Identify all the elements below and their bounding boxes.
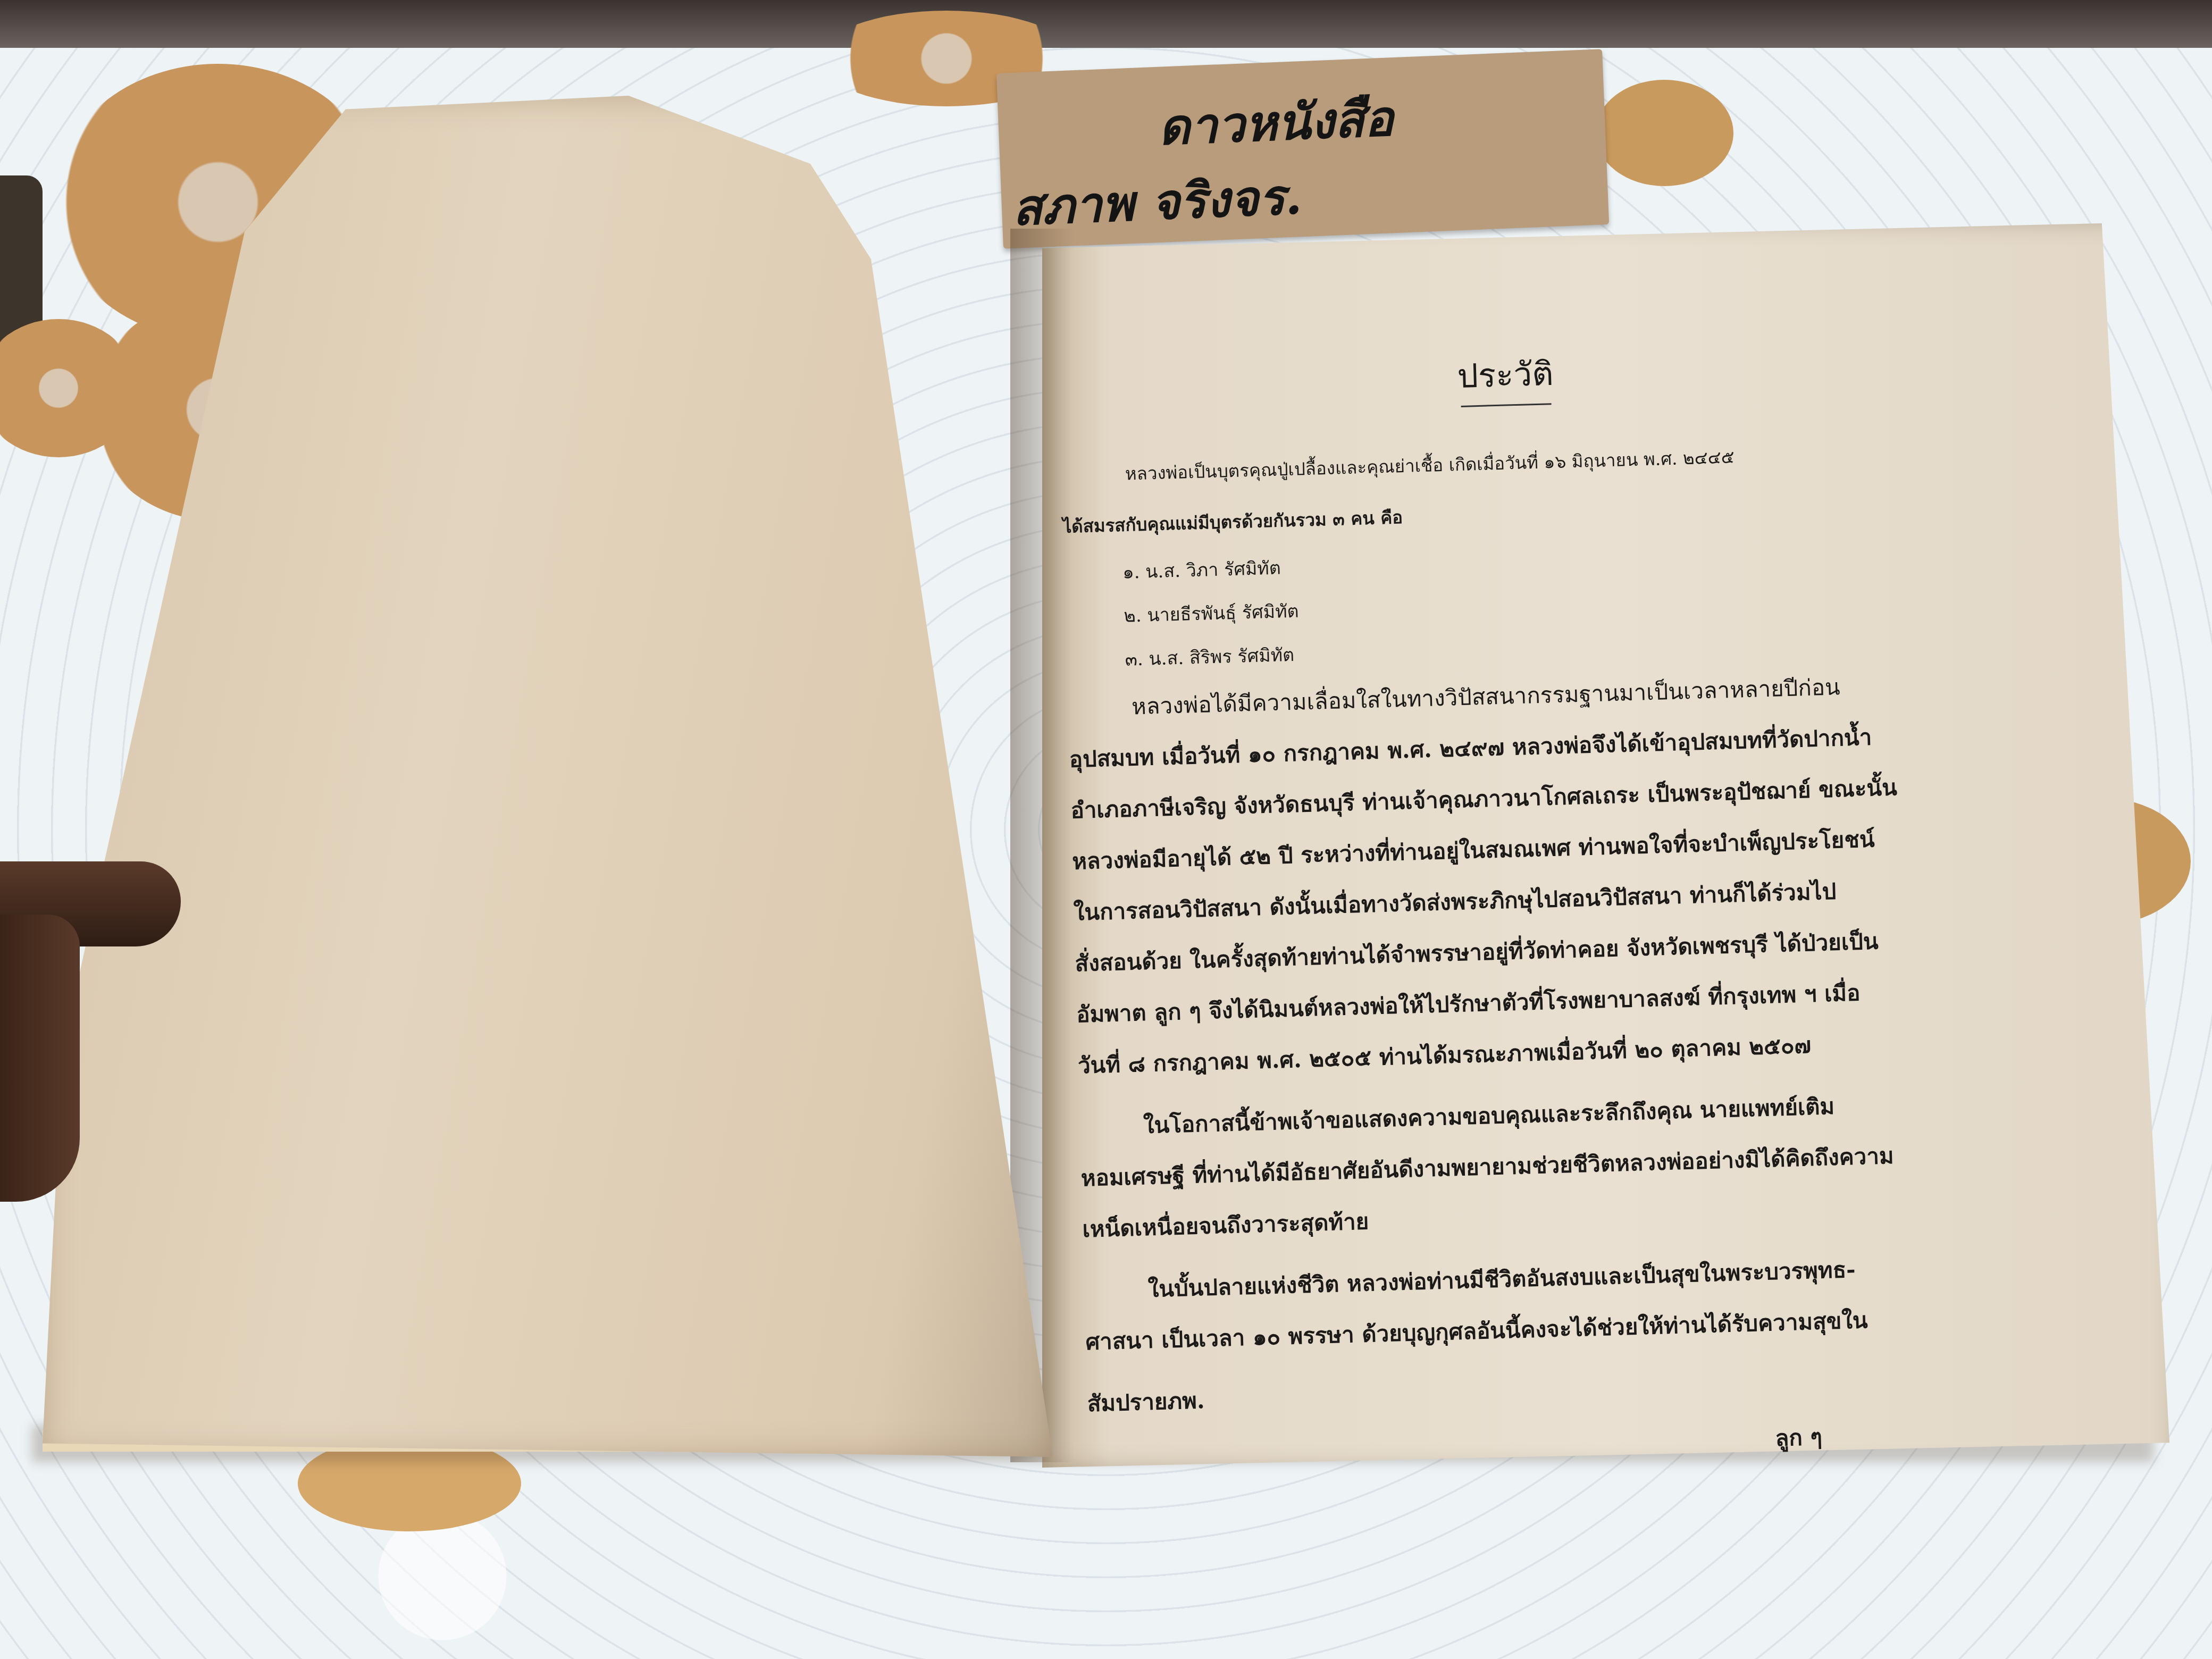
fish-pattern [1595, 80, 1733, 186]
hand [0, 915, 80, 1202]
label-line-1: ดาวหนังสือ [1157, 79, 1395, 166]
counter-edge [0, 0, 2212, 48]
para4-line: สัมปรายภพ. [1086, 1353, 2002, 1429]
children-list: ๑. น.ส. วิภา รัศมิทัต ๒. นายธีรพันธุ์ รั… [1122, 527, 1981, 682]
page-text: ประวัติ หลวงพ่อเป็นบุตรคุณปู่เปลื้องและค… [1058, 336, 2004, 1475]
handwritten-label: ดาวหนังสือ สภาพ จริงจร. [996, 49, 1609, 248]
title-underline [1461, 403, 1552, 407]
